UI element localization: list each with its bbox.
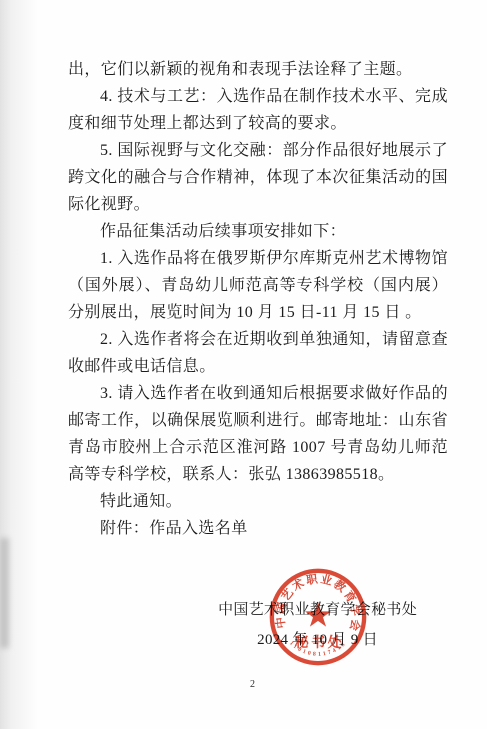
paragraph: 作品征集活动后续事项安排如下： bbox=[68, 218, 448, 245]
paragraph: 2. 入选作者将会在近期收到单独通知，请留意查收邮件或电话信息。 bbox=[68, 326, 448, 380]
paragraph: 4. 技术与工艺：入选作品在制作技术水平、完成度和细节处理上都达到了较高的要求。 bbox=[68, 83, 448, 137]
paragraph: 1. 入选作品将在俄罗斯伊尔库斯克州艺术博物馆（国外展）、青岛幼儿师范高等专科学… bbox=[68, 245, 448, 326]
paragraph: 附件：作品入选名单 bbox=[68, 515, 448, 542]
paragraph: 特此通知。 bbox=[68, 488, 448, 515]
paragraph: 5. 国际视野与文化交融：部分作品很好地展示了跨文化的融合与合作精神，体现了本次… bbox=[68, 137, 448, 218]
paragraph: 3. 请入选作者在收到通知后根据要求做好作品的邮寄工作，以确保展览顺利进行。邮寄… bbox=[68, 380, 448, 488]
document-body: 出，它们以新颖的视角和表现手法诠释了主题。4. 技术与工艺：入选作品在制作技术水… bbox=[68, 56, 448, 542]
official-seal-stamp: 中国艺术职业教育学会 秘书处 1101081174185 bbox=[266, 565, 370, 669]
page-number: 2 bbox=[0, 679, 487, 690]
paragraph: 出，它们以新颖的视角和表现手法诠释了主题。 bbox=[68, 56, 448, 83]
document-page: 出，它们以新颖的视角和表现手法诠释了主题。4. 技术与工艺：入选作品在制作技术水… bbox=[0, 0, 487, 729]
seal-star-icon bbox=[305, 602, 331, 627]
scan-edge-artifact bbox=[0, 0, 38, 729]
scan-smudge-artifact bbox=[0, 538, 9, 648]
